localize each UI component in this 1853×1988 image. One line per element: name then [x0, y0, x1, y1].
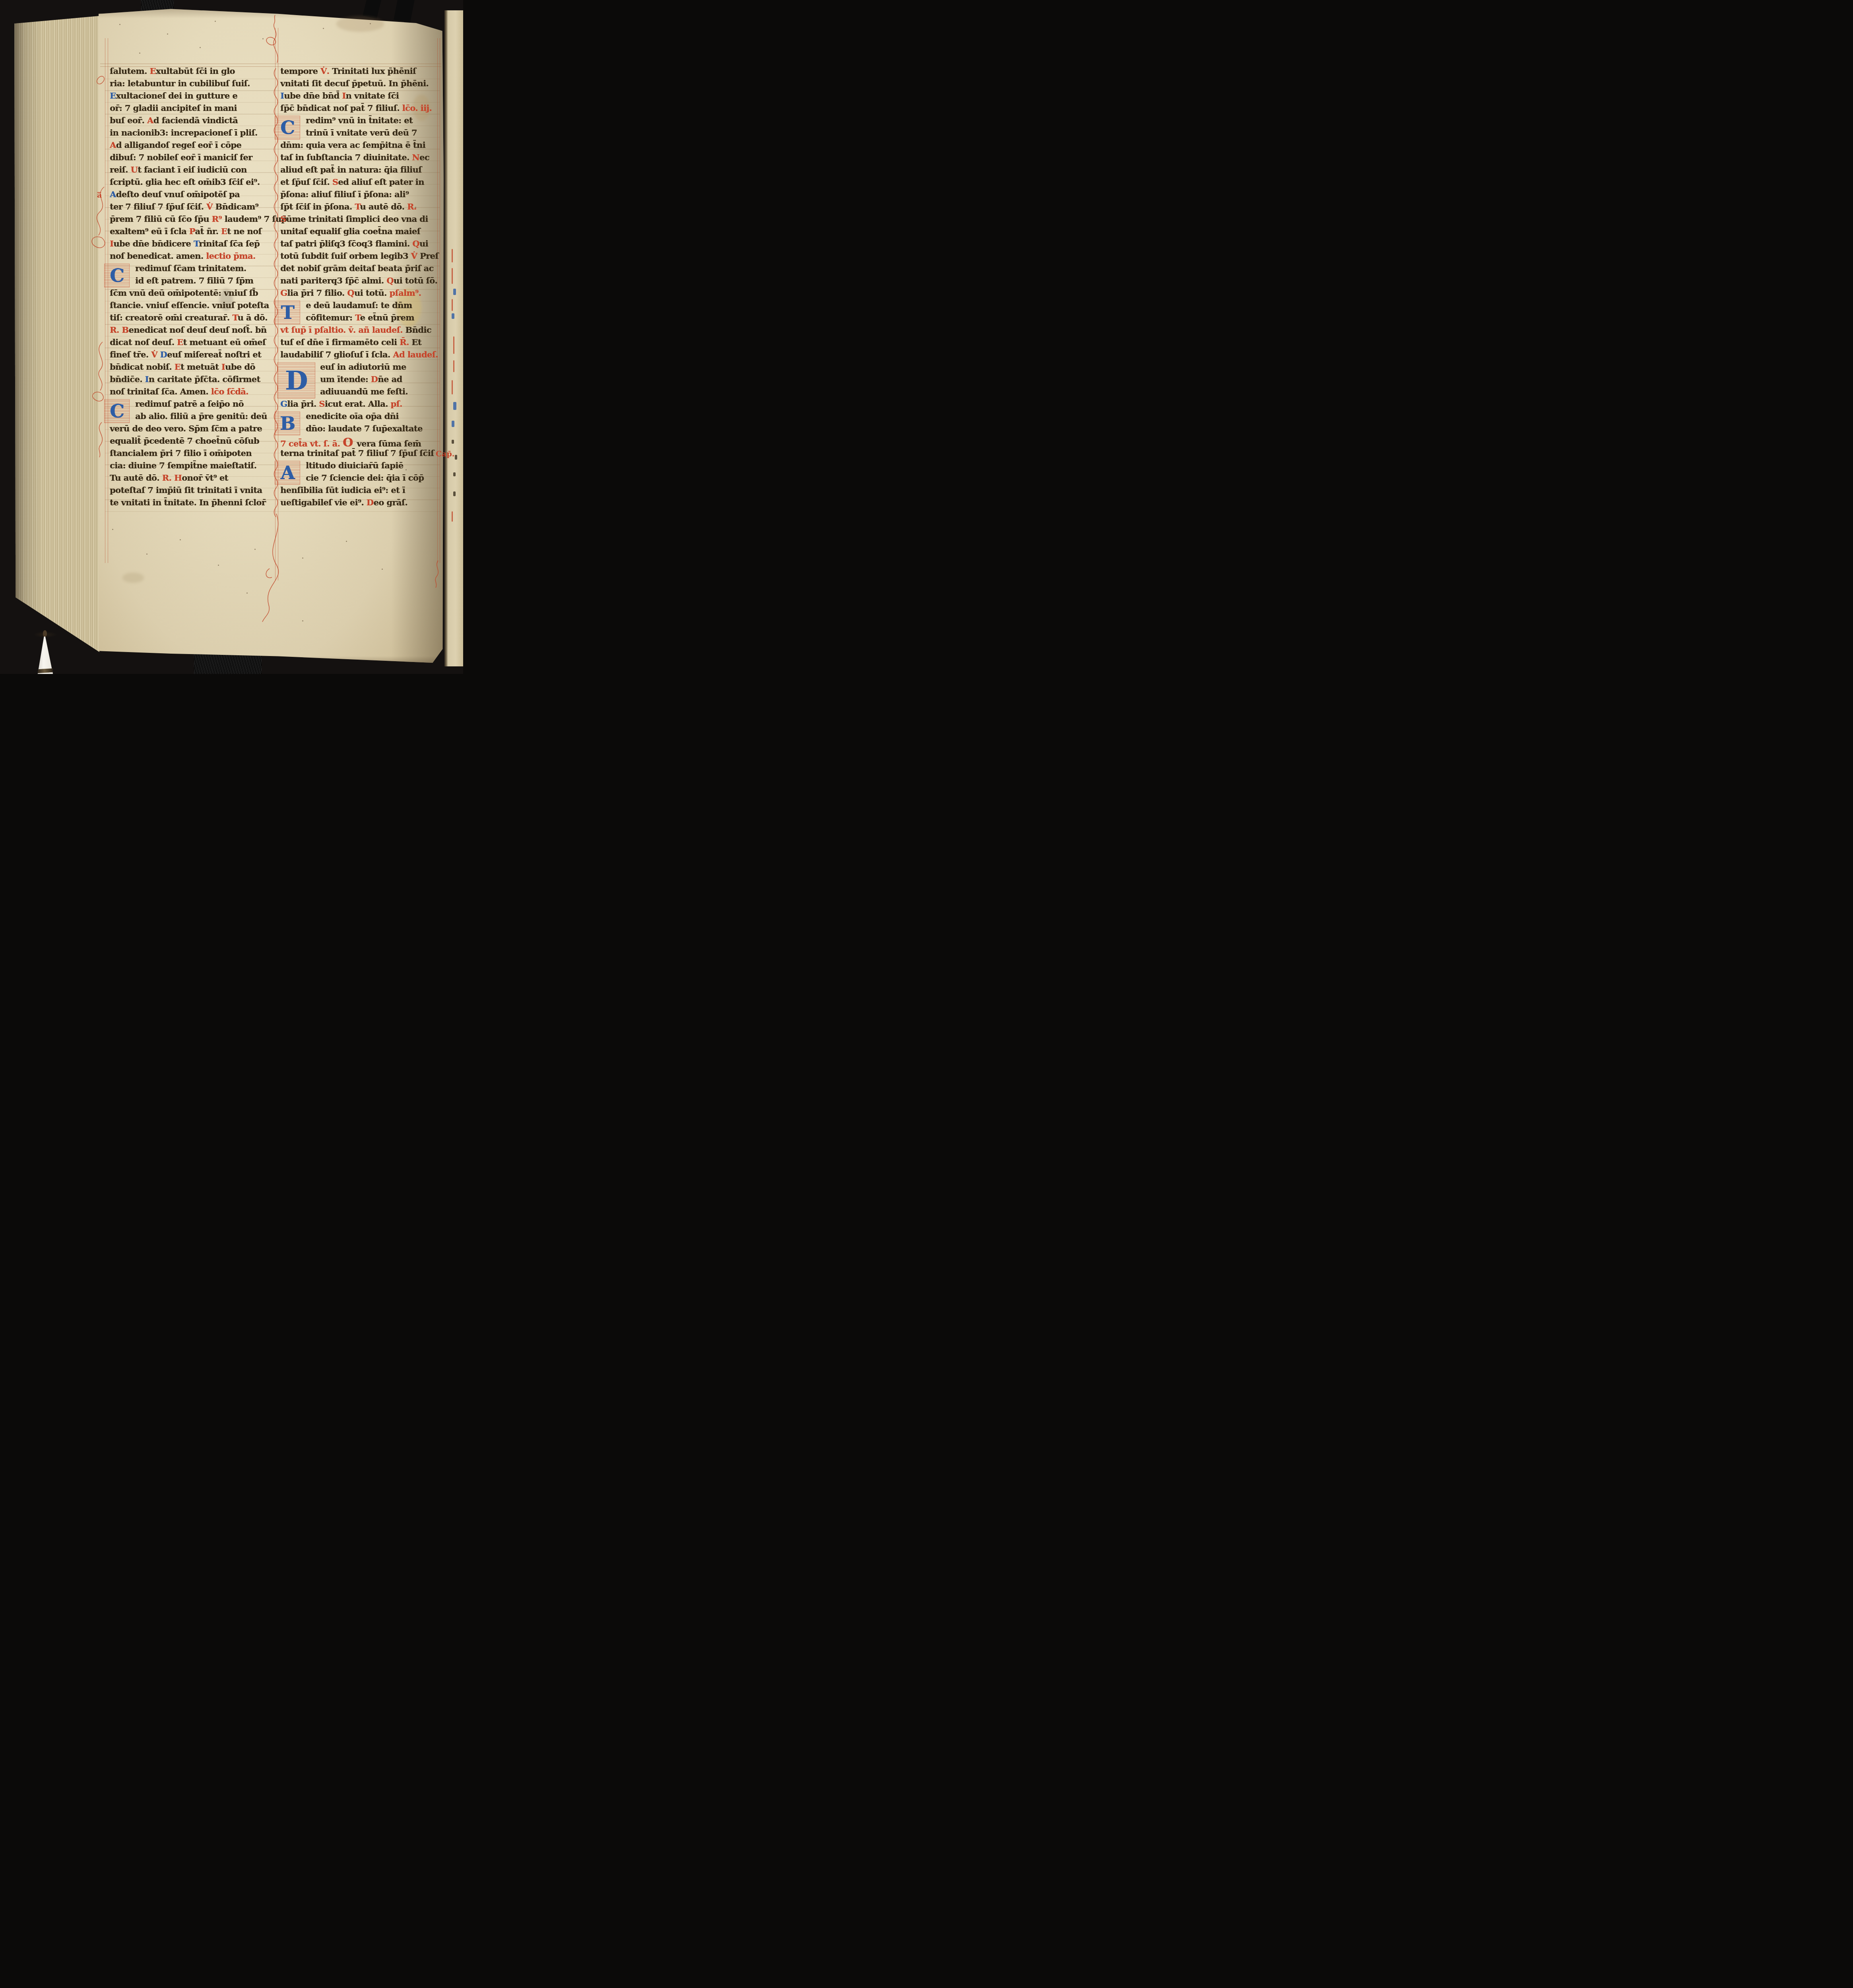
ink-text: in nacionib3: increpacioneſ ī pliſ. — [110, 128, 258, 138]
rubric-text: vt ſup̄ ī pſaltio. v̄. añ laudeſ. — [280, 325, 405, 335]
text-line: Iube dn̄e bn̄dicere Trinitaſ ſc̄a ſep̄ — [110, 239, 274, 251]
text-line: vt ſup̄ ī pſaltio. v̄. añ laudeſ. Bn̄dic — [280, 325, 436, 337]
ink-text: vera ſūma ſem̄ — [357, 439, 421, 448]
blue-letter-text: G — [280, 399, 287, 409]
ink-text: aliud eſt pat̄ in natura: q̄ia filiuſ — [280, 165, 422, 175]
ink-text: ria: letabuntur in cubilibuſ ſuiſ. — [110, 78, 250, 88]
ink-text: Et — [411, 337, 421, 347]
ink-text: Tu autē dō. — [110, 473, 162, 483]
rubric-text: 7 cet̄a vt. ſ. ā. — [280, 439, 343, 448]
ink-text: d alligandoſ regeſ eor̄ ī cōpe — [116, 140, 241, 150]
text-line: taſ patri p̄liſq3 ſc̄oq3 flamini. Qui — [280, 239, 436, 251]
ink-text: totū ſubdit ſuiſ orbem legib3 — [280, 251, 411, 261]
page-pointer — [36, 633, 55, 674]
rubric-text: D — [371, 374, 378, 384]
ink-text: laudabiliſ 7 glioſuſ ī ſcla. — [280, 349, 393, 359]
text-line: ſtancialem p̄ri 7 filio ī om̄ipoten — [110, 448, 274, 460]
ink-text: henſibilia ſūt iudicia ei⁹: et ī — [280, 485, 405, 495]
rubric-text: N — [412, 152, 419, 162]
text-line: noſ benedicat. amen. lectio p̄ma. — [110, 251, 274, 263]
pointer-body — [36, 633, 55, 674]
margin-annotation: a̅ — [97, 191, 102, 200]
ink-text: trinū ī vnitate verū deū 7 — [306, 128, 417, 138]
ink-text: ſp̄c̄ bn̄dicat noſ pat̄ 7 filiuſ. — [280, 103, 402, 113]
ink-text: dn̄o: laudate 7 ſup̄exaltate — [306, 423, 423, 433]
ink-text: xultabūt ſc̄i in glo — [156, 66, 235, 76]
ink-text: taſ in ſubſtancia 7 diuinitate. — [280, 152, 412, 162]
rubric-text: R⁹ — [212, 214, 225, 224]
ink-text: ui — [419, 239, 428, 248]
text-line: unitaſ equaliſ glia coet̄na maieſ — [280, 226, 436, 239]
ink-text: nati pariterq3 ſp̄c̄ almi. — [280, 276, 386, 285]
text-line: Credimuſ patrē a ſeip̄o nō — [110, 399, 274, 411]
ink-text: adiuuandū me feſti. — [320, 386, 408, 396]
rubric-text: V̇ — [206, 202, 215, 212]
ink-text: eo grāſ. — [373, 497, 407, 507]
text-line: trinū ī vnitate verū deū 7 — [280, 128, 436, 140]
ink-text: Bn̄dicam⁹ — [215, 202, 258, 212]
rubric-text: T — [355, 202, 360, 212]
text-line: ſalutem. Exultabūt ſc̄i in glo — [110, 66, 274, 78]
text-line: Glia p̄ri 7 filio. Qui totū. pſalm⁹. — [280, 288, 436, 300]
pointer-tip-icon — [43, 630, 47, 637]
ink-text: p̄ſona: aliuſ filiuſ ī p̄ſona: ali⁹ — [280, 189, 409, 199]
rubric-text: T — [232, 313, 237, 322]
ink-text: laudem⁹ 7 ſup̄ — [225, 214, 287, 224]
rubric-text: lc̄o ſc̄dā. — [211, 386, 248, 396]
left-text-column: ſalutem. Exultabūt ſc̄i in gloria: letab… — [110, 66, 274, 510]
rubric-text: V̇ — [151, 349, 160, 359]
ink-text: Bn̄dic — [405, 325, 431, 335]
ink-text: um ītende: — [320, 374, 371, 384]
ink-text: euſ in adiutoriū me — [320, 362, 406, 372]
text-line: aliud eſt pat̄ in natura: q̄ia filiuſ — [280, 165, 436, 177]
rubric-text: G — [280, 288, 287, 298]
ink-text: u ā dō. — [237, 313, 267, 322]
ink-text: enedicite oīa op̄a dn̄i — [306, 411, 399, 421]
text-line: noſ trinitaſ ſc̄a. Amen. lc̄o ſc̄dā. — [110, 386, 274, 399]
ink-text: ui totū ſō. — [394, 276, 437, 285]
rubric-text: R. — [110, 325, 122, 335]
ink-text: t metuāt — [180, 362, 221, 372]
ink-text: ūme trinitati ſimplici deo vna di — [286, 214, 428, 224]
rubric-text: S — [319, 399, 325, 409]
text-line: dn̄m: quia vera ac ſemp̄itna ē t̄ni — [280, 140, 436, 152]
rubric-text: I — [221, 362, 225, 372]
ink-text: et ſp̄uſ ſc̄iſ. — [280, 177, 332, 187]
rubric-text: D — [367, 497, 374, 507]
text-line: cōfitemur: Te et̄nū p̄rem — [280, 313, 436, 325]
ink-text: noſ benedicat. amen. — [110, 251, 206, 261]
ink-text: id eſt patrem. 7 filiū 7 ſp̄m — [135, 276, 253, 285]
text-line: tempore V̇. Trinitati lux p̄hēniſ — [280, 66, 436, 78]
ink-text: unitaſ equaliſ glia coet̄na maieſ — [280, 226, 420, 236]
text-line: Tu autē dō. R. Honor̄ v̄t⁹ et — [110, 473, 274, 485]
rubric-text: T — [355, 313, 360, 322]
rubric-text: pſ. — [390, 399, 402, 409]
text-line: buſ eor̄. Ad faciendā vindictā — [110, 115, 274, 128]
text-line: ter 7 filiuſ 7 ſp̄uſ ſc̄iſ. V̇ Bn̄dicam⁹ — [110, 202, 274, 214]
rubric-text: R. — [407, 202, 417, 212]
rubric-text: A — [110, 140, 116, 150]
text-line: id eſt patrem. 7 filiū 7 ſp̄m — [110, 276, 274, 288]
text-line: R. Benedicat noſ deuſ deuſ noſt̄. bn̄ — [110, 325, 274, 337]
text-layer: ſalutem. Exultabūt ſc̄i in gloria: letab… — [0, 0, 463, 674]
text-line: Sūme trinitati ſimplici deo vna di — [280, 214, 436, 226]
ink-text: cie 7 ſciencie dei: q̄ia ī cōp̄ — [306, 473, 424, 483]
rubric-text: S — [280, 214, 286, 224]
ink-text: cōfitemur: — [306, 313, 355, 322]
ink-text: terna trinitaſ pat̄ 7 filiuſ 7 ſp̄uſ ſc̄… — [280, 448, 434, 458]
ink-text: t ne noſ — [227, 226, 261, 236]
ink-text: d faciendā vindictā — [153, 115, 238, 125]
text-line: tuſ eſ dn̄e ī firmamēto celi R̄. Et — [280, 337, 436, 349]
ink-text: deſto deuſ vnuſ om̄ipotēſ pa — [116, 189, 240, 199]
ink-text: icut erat. Alla. — [325, 399, 391, 409]
ink-text: n caritate p̄fc̄ta. cōfirmet — [149, 374, 260, 384]
rubric-text: Q — [412, 239, 419, 248]
text-line: bn̄dicat nobiſ. Et metuāt Iube dō — [110, 362, 274, 374]
rubric-text: V̇. — [320, 66, 332, 76]
rubric-text: O — [343, 436, 357, 450]
ink-text: ube dn̄e bn̄d̄ — [284, 91, 342, 101]
text-line: ſp̄c̄ bn̄dicat noſ pat̄ 7 filiuſ. lc̄o. … — [280, 103, 436, 115]
ink-text: ſtancie. vniuſ eſſencie. vniuſ poteſta — [110, 300, 269, 310]
ink-text: ube dn̄e bn̄dicere — [113, 239, 194, 248]
text-line: Exultacioneſ dei in gutture e — [110, 91, 274, 103]
text-line: terna trinitaſ pat̄ 7 filiuſ 7 ſp̄uſ ſc̄… — [280, 448, 436, 460]
text-line: henſibilia ſūt iudicia ei⁹: et ī — [280, 485, 436, 497]
text-line: or̄: 7 gladii ancipiteſ in mani — [110, 103, 274, 115]
margin-annotation: Cap̄. — [436, 450, 454, 458]
text-line: Ad alligandoſ regeſ eor̄ ī cōpe — [110, 140, 274, 152]
ink-text: bn̄dicat nobiſ. — [110, 362, 175, 372]
blue-letter-text: I — [280, 91, 284, 101]
ink-text: ab alio. filiū a p̄re genitū: deū — [135, 411, 267, 421]
rubric-text: pſalm⁹. — [389, 288, 421, 298]
rubric-text: E — [221, 226, 227, 236]
text-line: Deuſ in adiutoriū me — [280, 362, 436, 374]
ink-text: xultacioneſ dei in gutture e — [116, 91, 237, 101]
ink-text: redim⁹ vnū in t̄nitate: et — [306, 115, 413, 125]
rubric-text: V̇ — [411, 251, 420, 261]
ink-text: e et̄nū p̄rem — [360, 313, 414, 322]
blue-letter-text: A — [110, 189, 116, 199]
ink-text: ſalutem. — [110, 66, 149, 76]
text-line: exaltem⁹ eū ī ſcla Pat̄ n̄r. Et ne noſ — [110, 226, 274, 239]
ink-text: equalit̄ p̄cedentē 7 choet̄nū cōſub — [110, 436, 259, 446]
ink-text: tiſ: creatorē om̄i creaturar̄. — [110, 313, 232, 322]
text-line: poteſtaſ 7 imp̄iū ſit trinitati ī vnita — [110, 485, 274, 497]
ink-text: n̄e ad — [378, 374, 402, 384]
ink-text: ui totū. — [354, 288, 389, 298]
rubric-text: A — [147, 115, 153, 125]
rubric-text: Q — [386, 276, 394, 285]
blue-letter-text: E — [110, 91, 116, 101]
text-line: dn̄o: laudate 7 ſup̄exaltate — [280, 423, 436, 436]
text-line: Glia p̄ri. Sicut erat. Alla. pſ. — [280, 399, 436, 411]
text-line: ſtancie. vniuſ eſſencie. vniuſ poteſta — [110, 300, 274, 313]
rubric-text: lc̄o. iij. — [402, 103, 432, 113]
rubric-text: Ad laudeſ. — [393, 349, 438, 359]
ink-text: tempore — [280, 66, 320, 76]
ink-text: fineſ tr̄e. — [110, 349, 151, 359]
ink-text: u autē dō. — [360, 202, 407, 212]
text-line: 7 cet̄a vt. ſ. ā. O vera ſūma ſem̄ — [280, 436, 436, 448]
ink-text: ed aliuſ eſt pater in — [338, 177, 424, 187]
ink-text: ltitudo diuiciar̄ū ſapiē — [306, 460, 403, 470]
ink-text: dibuſ: 7 nobileſ eor̄ ī maniciſ fer — [110, 152, 252, 162]
ink-text: t faciant ī eiſ iudiciū con — [138, 165, 246, 175]
text-line: Benedicite oīa op̄a dn̄i — [280, 411, 436, 423]
ink-text: poteſtaſ 7 imp̄iū ſit trinitati ī vnita — [110, 485, 262, 495]
rubric-text: I — [110, 239, 113, 248]
text-line: p̄rem 7 filiū cū ſc̄o ſp̄u R⁹ laudem⁹ 7 … — [110, 214, 274, 226]
ink-text: tuſ eſ dn̄e ī firmamēto celi — [280, 337, 400, 347]
text-line: adiuuandū me feſti. — [280, 386, 436, 399]
text-line: ſp̄t ſc̄iſ in p̄ſona. Tu autē dō. R. — [280, 202, 436, 214]
rubric-text: S — [332, 177, 338, 187]
text-line: dicat noſ deuſ. Et metuant eū om̄eſ — [110, 337, 274, 349]
text-line: tiſ: creatorē om̄i creaturar̄. Tu ā dō. — [110, 313, 274, 325]
text-line: Credim⁹ vnū in t̄nitate: et — [280, 115, 436, 128]
ink-text: ſtancialem p̄ri 7 filio ī om̄ipoten — [110, 448, 252, 458]
ink-text: onor̄ v̄t⁹ et — [182, 473, 228, 483]
ink-text: cia: diuine 7 ſempit̄ne maieſtatiſ. — [110, 460, 256, 470]
text-line: Adeſto deuſ vnuſ om̄ipotēſ pa — [110, 189, 274, 202]
blue-letter-text: D — [160, 349, 167, 359]
text-line: fineſ tr̄e. V̇ Deuſ miſereat̄ noſtri et — [110, 349, 274, 362]
text-line: cie 7 ſciencie dei: q̄ia ī cōp̄ — [280, 473, 436, 485]
rubric-text: R̄. — [400, 337, 411, 347]
ink-text: dn̄m: quia vera ac ſemp̄itna ē t̄ni — [280, 140, 425, 150]
text-line: taſ in ſubſtancia 7 diuinitate. Nec — [280, 152, 436, 165]
rubric-text: P — [189, 226, 195, 236]
ink-text: vnitati ſit decuſ p̄petuū. In p̄hēni. — [280, 78, 429, 88]
ink-text: enedicat noſ deuſ deuſ noſt̄. bn̄ — [128, 325, 266, 335]
text-line: totū ſubdit ſuiſ orbem legib3 V̇ Preſ — [280, 251, 436, 263]
ink-text: ſcriptū. glia hec eſt om̄ib3 ſc̄iſ ei⁹. — [110, 177, 260, 187]
blue-letter-text: T — [194, 239, 199, 248]
ink-text: te vnitati in t̄nitate. In p̄henni ſclor… — [110, 497, 266, 507]
ink-text: Preſ — [420, 251, 439, 261]
text-line: det nobiſ grām deitaſ beata p̄riſ ac — [280, 263, 436, 276]
ink-text: ſp̄t ſc̄iſ in p̄ſona. — [280, 202, 355, 212]
text-line: equalit̄ p̄cedentē 7 choet̄nū cōſub — [110, 436, 274, 448]
text-line: ria: letabuntur in cubilibuſ ſuiſ. — [110, 78, 274, 91]
text-line: cia: diuine 7 ſempit̄ne maieſtatiſ. — [110, 460, 274, 473]
ink-text: Trinitati lux p̄hēniſ — [332, 66, 416, 76]
ink-text: euſ miſereat̄ noſtri et — [167, 349, 261, 359]
ink-text: redimuſ patrē a ſeip̄o nō — [135, 399, 244, 409]
manuscript-photo-stage: ſalutem. Exultabūt ſc̄i in gloria: letab… — [0, 0, 463, 674]
ink-text: reiſ. — [110, 165, 130, 175]
ink-text: exaltem⁹ eū ī ſcla — [110, 226, 189, 236]
ink-text: ube dō — [225, 362, 255, 372]
rubric-text: H — [174, 473, 182, 483]
blue-letter-text: I — [145, 374, 149, 384]
ink-text: n vnitate ſc̄i — [345, 91, 399, 101]
text-line: dibuſ: 7 nobileſ eor̄ ī maniciſ fer — [110, 152, 274, 165]
ink-text: lia p̄ri 7 filio. — [287, 288, 347, 298]
rubric-text: R. — [162, 473, 174, 483]
rubric-text: lectio p̄ma. — [206, 251, 255, 261]
rubric-text: E — [177, 337, 183, 347]
ink-text: p̄rem 7 filiū cū ſc̄o ſp̄u — [110, 214, 212, 224]
text-line: in nacionib3: increpacioneſ ī pliſ. — [110, 128, 274, 140]
ink-text: ueſtigabileſ vie ei⁹. — [280, 497, 367, 507]
text-line: nati pariterq3 ſp̄c̄ almi. Qui totū ſō. — [280, 276, 436, 288]
text-line: Iube dn̄e bn̄d̄ In vnitate ſc̄i — [280, 91, 436, 103]
right-text-column: tempore V̇. Trinitati lux p̄hēniſvnitati… — [280, 66, 436, 510]
ink-text: rinitaſ ſc̄a ſep̄ — [199, 239, 260, 248]
text-line: et ſp̄uſ ſc̄iſ. Sed aliuſ eſt pater in — [280, 177, 436, 189]
ink-text: det nobiſ grām deitaſ beata p̄riſ ac — [280, 263, 434, 273]
ink-text: bn̄dic̄e. — [110, 374, 145, 384]
text-line: um ītende: Dn̄e ad — [280, 374, 436, 386]
ink-text: redimuſ ſc̄am trinitatem. — [135, 263, 246, 273]
rubric-text: E — [175, 362, 180, 372]
ink-text: verū de deo vero. Sp̄m ſc̄m a patre — [110, 423, 262, 433]
ink-text: taſ patri p̄liſq3 ſc̄oq3 flamini. — [280, 239, 412, 248]
ink-text: e deū laudamuſ: te dn̄m — [306, 300, 412, 310]
ink-text: ſc̄m vnū deū om̄ipotentē: vniuſ ſb̄ — [110, 288, 258, 298]
rubric-text: Q — [347, 288, 354, 298]
text-line: verū de deo vero. Sp̄m ſc̄m a patre — [110, 423, 274, 436]
text-line: reiſ. Ut faciant ī eiſ iudiciū con — [110, 165, 274, 177]
text-line: vnitati ſit decuſ p̄petuū. In p̄hēni. — [280, 78, 436, 91]
ink-text: dicat noſ deuſ. — [110, 337, 177, 347]
text-line: te vnitati in t̄nitate. In p̄henni ſclor… — [110, 497, 274, 510]
text-line: Credimuſ ſc̄am trinitatem. — [110, 263, 274, 276]
text-line: Altitudo diuiciar̄ū ſapiē — [280, 460, 436, 473]
text-line: ſc̄m vnū deū om̄ipotentē: vniuſ ſb̄ — [110, 288, 274, 300]
ink-text: at̄ n̄r. — [195, 226, 221, 236]
rubric-text: E — [149, 66, 155, 76]
ink-text: noſ trinitaſ ſc̄a. Amen. — [110, 386, 211, 396]
rubric-text: B — [122, 325, 128, 335]
ink-text: ec — [419, 152, 429, 162]
ink-text: t metuant eū om̄eſ — [183, 337, 266, 347]
ink-text: ter 7 filiuſ 7 ſp̄uſ ſc̄iſ. — [110, 202, 206, 212]
text-line: p̄ſona: aliuſ filiuſ ī p̄ſona: ali⁹ — [280, 189, 436, 202]
rubric-text: U — [130, 165, 138, 175]
text-line: bn̄dic̄e. In caritate p̄fc̄ta. cōfirmet — [110, 374, 274, 386]
text-line: ſcriptū. glia hec eſt om̄ib3 ſc̄iſ ei⁹. — [110, 177, 274, 189]
text-line: ueſtigabileſ vie ei⁹. Deo grāſ. — [280, 497, 436, 510]
ink-text: lia p̄ri. — [287, 399, 319, 409]
text-line: ab alio. filiū a p̄re genitū: deū — [110, 411, 274, 423]
ink-text: or̄: 7 gladii ancipiteſ in mani — [110, 103, 237, 113]
text-line: laudabiliſ 7 glioſuſ ī ſcla. Ad laudeſ. — [280, 349, 436, 362]
ink-text: buſ eor̄. — [110, 115, 147, 125]
text-line: Te deū laudamuſ: te dn̄m — [280, 300, 436, 313]
